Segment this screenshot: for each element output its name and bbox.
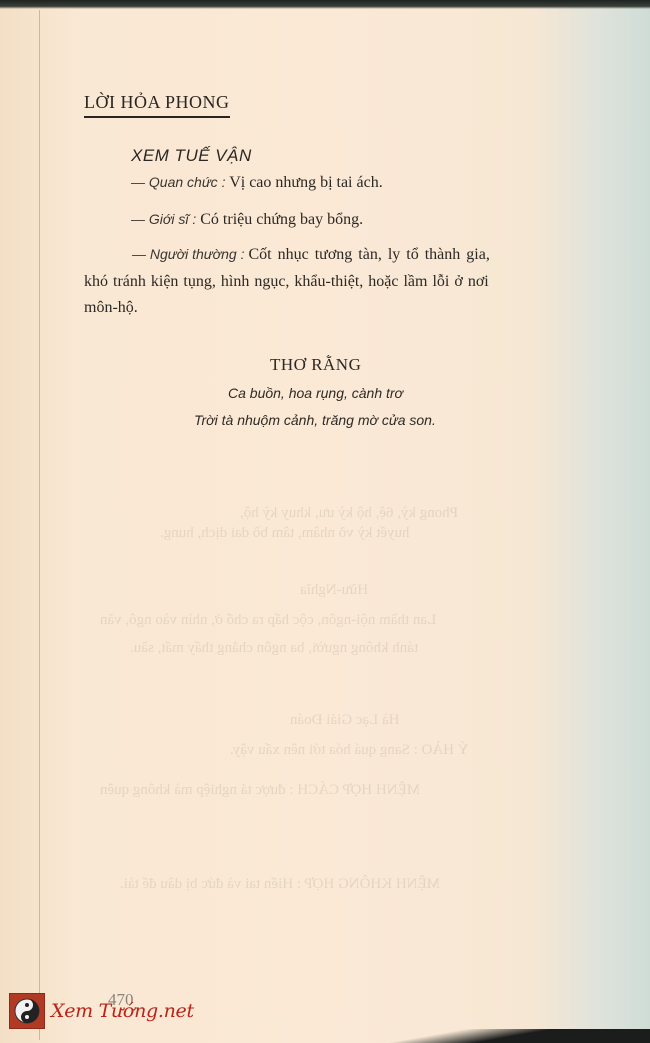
entry-text: Cốt nhục tương tàn, ly tổ thành gia, (249, 246, 490, 263)
entry-text: Có triệu chứng bay bổng. (200, 211, 363, 228)
ghost-text: Hà Lạc Giải Đoán (290, 712, 400, 729)
ghost-text: MỆNH KHÔNG HỢP : Hiển tai và đức bị dâu … (120, 876, 440, 893)
poem-line: Trời tà nhuộm cảnh, trăng mờ cửa son. (194, 412, 436, 428)
entry-label: — Giới sĩ : (131, 211, 196, 227)
section-title: XEM TUẾ VẬN (131, 146, 252, 166)
ghost-text: Hữu-Nghĩa (300, 582, 368, 599)
poem-line: Ca buồn, hoa rụng, cành trơ (228, 385, 403, 401)
watermark-text: Xem Tướng.net (51, 1000, 194, 1022)
ghost-text: MỆNH HỢP CÁCH : được tả nghiệp mà không … (100, 782, 420, 799)
entry-quan-chuc: — Quan chức : Vị cao nhưng bị tai ách. (131, 174, 383, 192)
yin-yang-icon (9, 993, 45, 1029)
ghost-text: huyết kỳ võ nhâm, tâm bồ dai dịch, hung. (160, 525, 410, 542)
entry-nguoi-thuong: — Người thường : Cốt nhục tương tàn, ly … (132, 246, 490, 264)
running-head: LỜI HỎA PHONG (84, 92, 230, 118)
ghost-text: Phong kỳ, 6ệ, hộ kỳ ưu, khuy kỳ hộ, (240, 505, 458, 522)
entry-text: Vị cao nhưng bị tai ách. (229, 174, 383, 191)
page-fold-line (39, 10, 40, 1040)
watermark-logo: Xem Tướng.net (9, 993, 194, 1029)
ghost-text: Ý HÀO : Sang quá hóa tới nên xấu vậy. (230, 742, 469, 759)
entry-continuation: môn-hộ. (84, 299, 138, 317)
poem-title: THƠ RẰNG (270, 355, 361, 375)
entry-label: — Quan chức : (131, 174, 225, 190)
page-bottom-shadow (290, 1029, 650, 1043)
ghost-text: Lan thầm nội-ngôn, cộc hấp ra chổ ở, nhì… (100, 612, 436, 629)
entry-gioi-si: — Giới sĩ : Có triệu chứng bay bổng. (131, 211, 363, 229)
entry-continuation: khó tránh kiện tụng, hình ngục, khẩu-thi… (84, 273, 489, 291)
entry-label: — Người thường : (132, 246, 245, 262)
ghost-text: tánh không người, ba ngôn chẳng thấy mất… (130, 640, 418, 657)
page-top-shadow (0, 0, 650, 9)
